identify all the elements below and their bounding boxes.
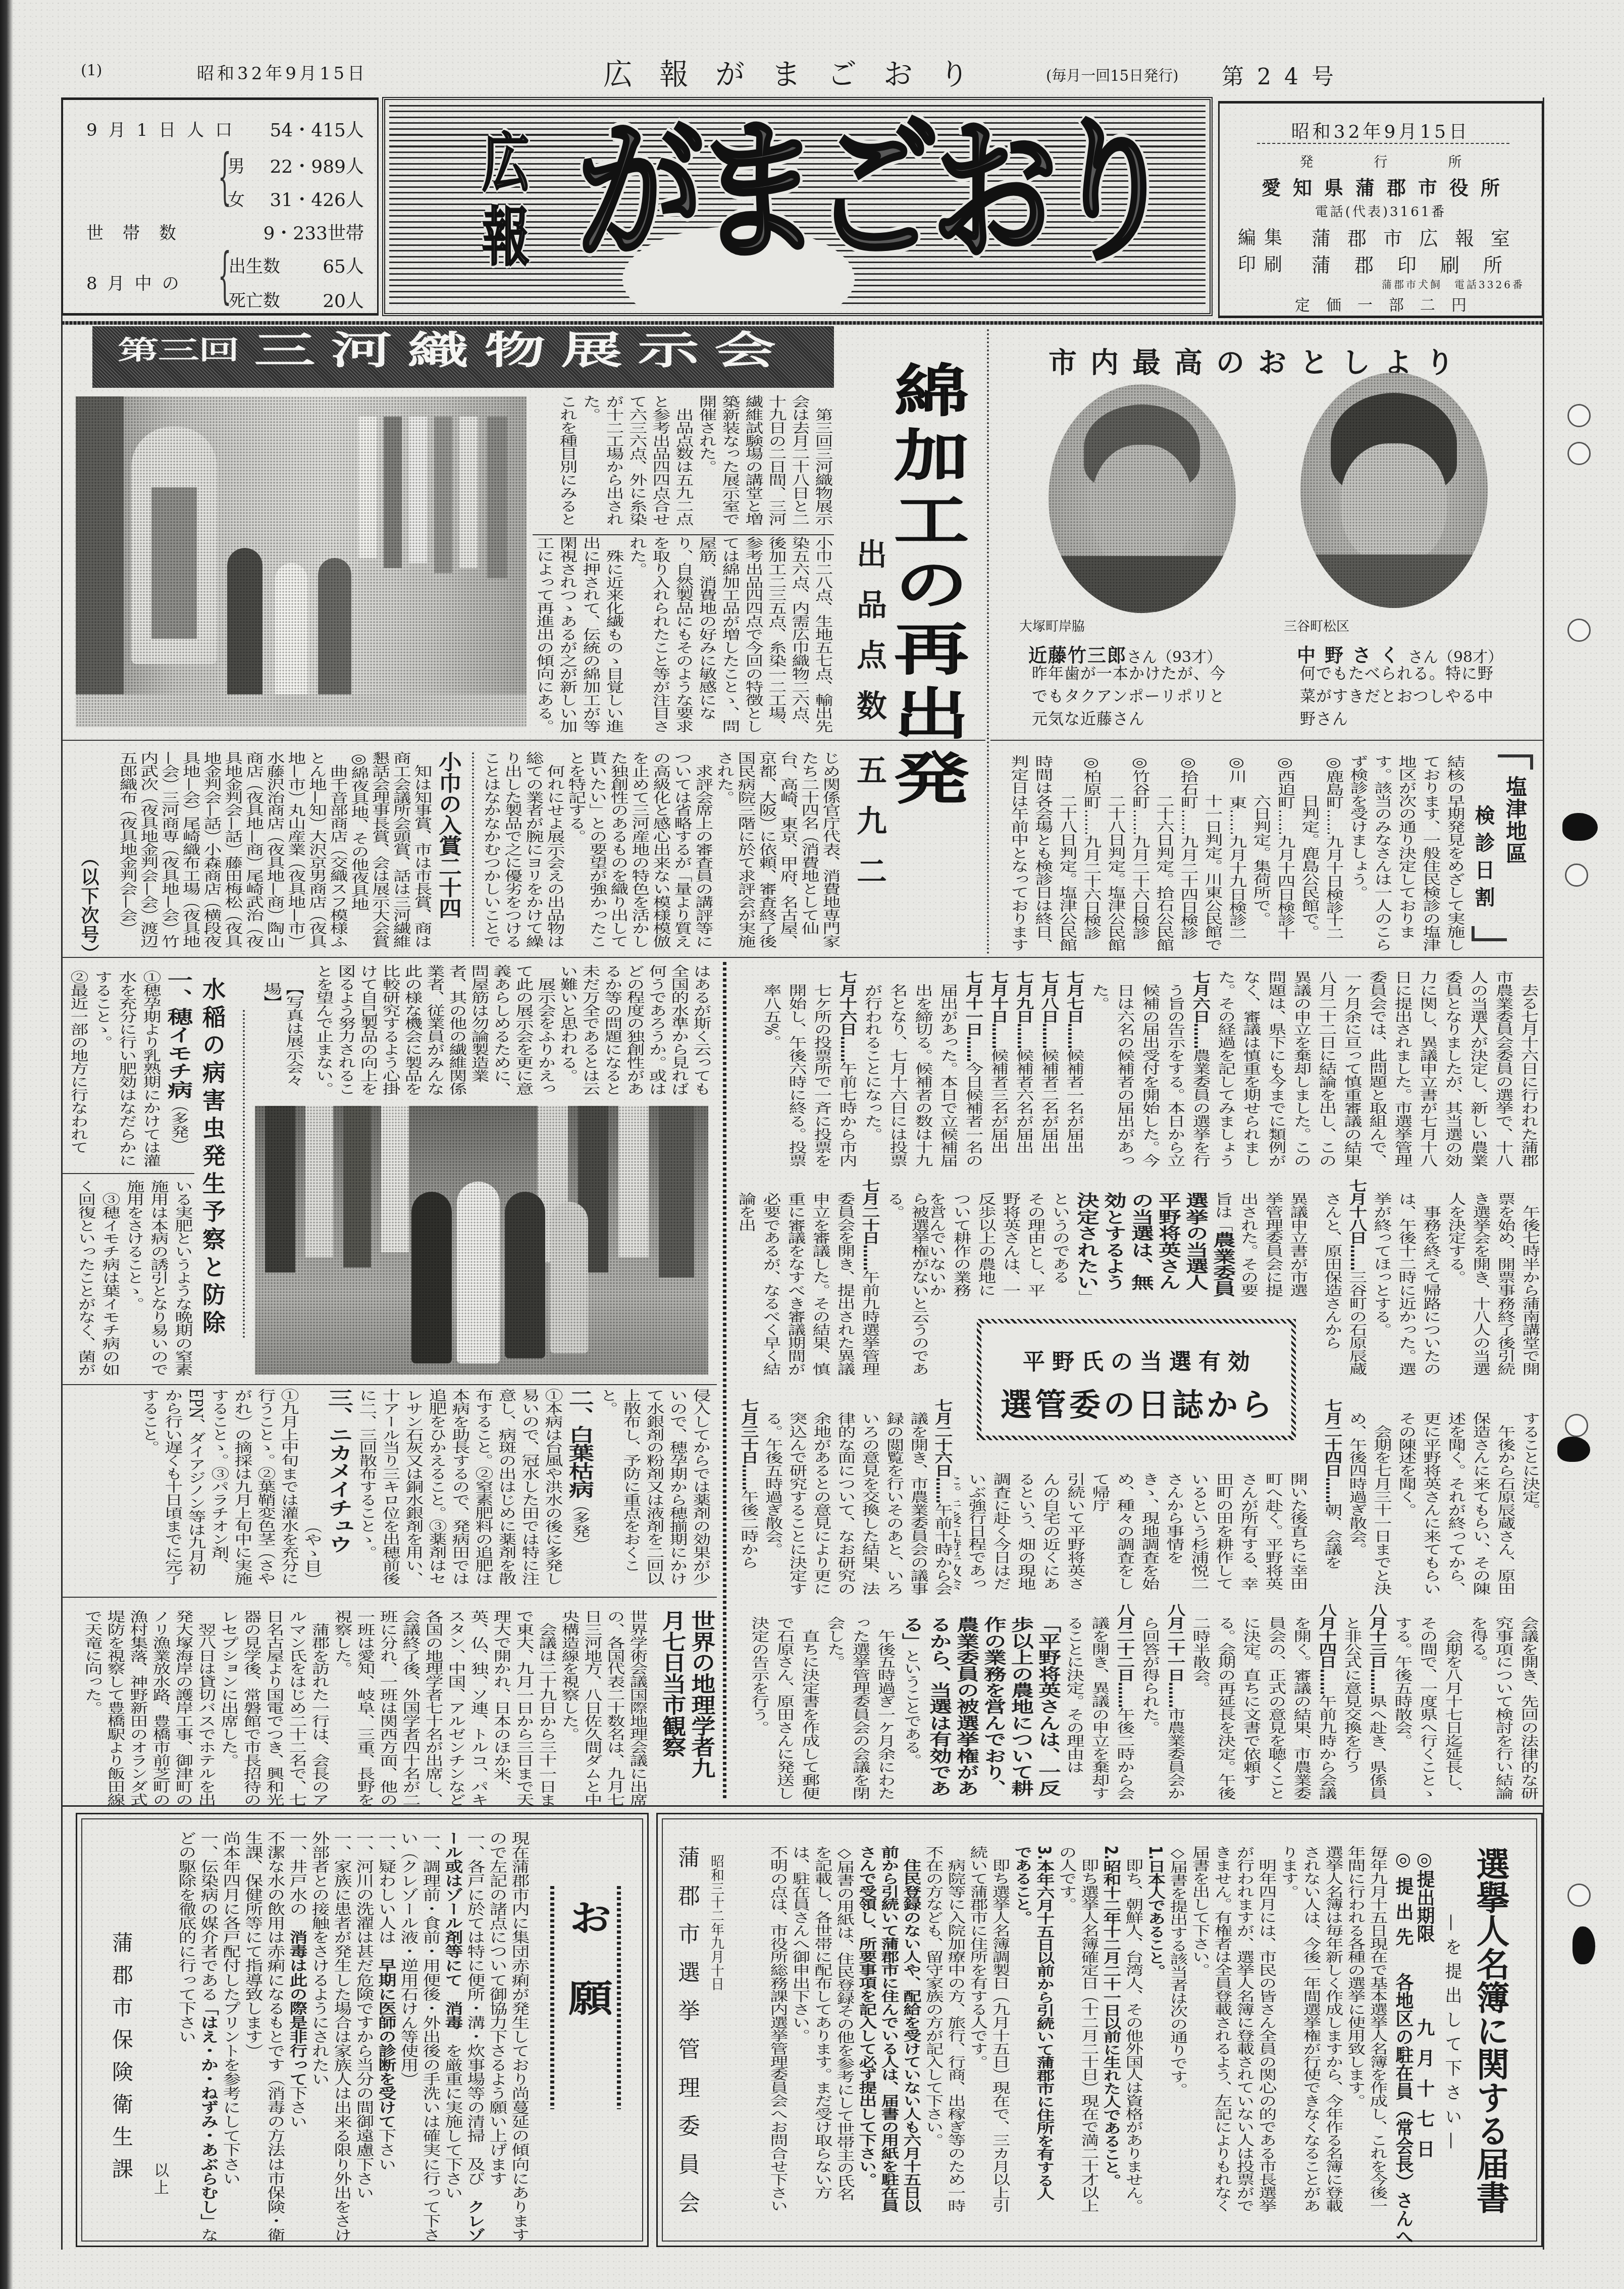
- text-flow: 一、穂イモチ病（多発） ①穂孕期より乳熟期にかけては灌水を充分に行い肥効はなだら…: [66, 971, 194, 1167]
- item-text: 一、各戸に於ては特に便所・溝・炊事場等の清掃 及び: [464, 1831, 485, 2200]
- diary-headline: 選管委の日誌から: [981, 1380, 1291, 1425]
- issuer-label: 発行所: [1220, 151, 1542, 171]
- text-flow: じめ関係官庁代表、消費地専門家たち二十四名（消費地として仙台、高崎、東京、甲府、…: [477, 751, 841, 948]
- period-label: 8月中の: [86, 270, 189, 294]
- printer-contact: 蒲郡市犬飼 電話3326番: [1382, 277, 1525, 291]
- entry-text: 午前十時から会議を開き、市農業委員会の議事録の閲覧を行いそのあと、いろいろの意見…: [762, 1412, 953, 1595]
- awards-headline-wrap: 小巾の入賞二十四点: [434, 751, 463, 946]
- article-paragraph: 出品点数は五九二点と参考出品四四点合せて六三六点、外に糸染が十二工場から出された…: [579, 395, 695, 527]
- registry-paragraph: 住民登録のない人や、配給を受けていない人も六月十五日以前から引続いて蒲郡市に住ん…: [855, 1846, 922, 2213]
- diary-entry: 七月二十日……午前九時選挙管理委員会を開き、提出された異議申立を審議した。その結…: [734, 1179, 882, 1376]
- deaths-value: 20人: [323, 287, 364, 313]
- text-flow: 結核の早期発見をめざして実施しております、一般住民検診の塩津地区が次の通り決定し…: [996, 755, 1466, 952]
- item-text: を厳重に実施して下さい: [442, 2029, 463, 2200]
- article-paragraph: 会議は二十九日から三十一日まで東大、九月一日から三日まで天理大で開かれ、日本のほ…: [331, 1610, 558, 1807]
- item-text: 下さい: [376, 2129, 396, 2171]
- column-separator: [472, 752, 474, 947]
- article-paragraph: ②最近一部の地方に行なわれて: [66, 971, 90, 1167]
- registry-paragraph: ◇届書を提出する該当者は次の通りです。: [1166, 1846, 1188, 2213]
- diary-paragraph: ら被選挙権がないと云うのである。: [882, 1179, 931, 1376]
- heading-text: 二、白葉枯病: [565, 1389, 595, 1499]
- diary-tier3-right: することに決定。 午後から石原辰蔵さん、原田保造さんに来てもらい、その陳述を聞く…: [1310, 1399, 1542, 1596]
- deadline-label: ◎提出期限: [1414, 1849, 1435, 1943]
- male-value: 22・989人: [270, 152, 364, 178]
- photo-caption-wrap: 【写真は展示会々場】: [260, 982, 304, 1088]
- item-text: 一、井戸水の: [287, 1831, 307, 1930]
- heading-note: （多発）: [569, 1499, 590, 1551]
- rice-article-tier3: 侵入してからでは薬剤の効果が少いので、穂孕期から穂揃期にかけて水銀剤の粉剤又は液…: [66, 1389, 712, 1586]
- portrait-face: [1341, 443, 1447, 565]
- households-value: 9・233世帯: [263, 219, 364, 245]
- rice-article-tier2: いる実肥というような晩期の窒素施用は本病の誘引となり易いので施用をさけることゝ。…: [66, 1180, 194, 1377]
- photo-hanging-fabric: [487, 417, 507, 578]
- article-paragraph: これを種目別にみると: [555, 395, 579, 527]
- diary-tier1: 去る七月十六日に行われた蒲郡市農業委員会委員の選挙で、十八人の当選人が決定し、新…: [733, 971, 1541, 1168]
- awards-headline: 小巾の入賞二十四点: [434, 751, 463, 927]
- female-label: 女: [228, 186, 245, 211]
- awards-category: ◎綿夜具地、その他夜具地: [348, 751, 369, 948]
- notice-item: 一、各戸に於ては特に便所・溝・炊事場等の清掃 及び クレゾール或はゾール剤等にて…: [441, 1831, 486, 2243]
- article-paragraph: じめ関係官庁代表、消費地専門家たち二十四名（消費地として仙台、高崎、東京、甲府、…: [713, 751, 841, 948]
- diary-headline-box: 平野氏の当選有効 選管委の日誌から: [977, 1319, 1296, 1440]
- article-paragraph: 殊に近来化繊ものゝ目覚しい進出に押されて、伝統の綿加工が等閑視されつゝあるが之が…: [533, 536, 625, 733]
- item-emphasis: 消毒は此の際是非行って: [287, 1930, 307, 2087]
- publisher-box: 昭和32年9月15日 発行所 愛知県蒲郡市役所 電話(代表)3161番 編集 蒲…: [1218, 101, 1544, 318]
- photo-floor: [76, 694, 527, 727]
- photo-visitor: [227, 548, 263, 699]
- editor-name: 蒲郡市広報室: [1312, 223, 1527, 250]
- entry-date: 七月六日……: [1190, 971, 1211, 1049]
- diary-entry: 七月十八日……三谷町の石原辰蔵さんと、原田保造さんから: [1320, 1179, 1369, 1376]
- headline-box-inner: 平野氏の当選有効 選管委の日誌から: [981, 1324, 1291, 1436]
- geographers-article: 世界学術会議国際地理会議に出席の、各国代表二十数名は、九月七日三河地方、八日佐久…: [63, 1610, 649, 1807]
- text-flow: 開いた後直ちに幸田町へ赴く。平野将英さんが所有する、幸田町の田を耕作しているとい…: [954, 1459, 1310, 1591]
- diary-paragraph: 異議申立書が市選挙管理委員会に提出された。その要旨は「農業委員選挙の当選人平野将…: [1047, 1179, 1310, 1298]
- diary-entry: 七月六日……農業委員の選挙を行う旨の告示をする。本日から立候補の届出受付を開始し…: [1086, 971, 1213, 1167]
- photo-hanging-fabric: [409, 417, 427, 563]
- diary-entry: 八月二十一日……市農業委員会から回答が得られた。: [1137, 1603, 1187, 1800]
- diary-tier4: 会議を開き、先回の法律的な研究事項について検討を行い結論を得る。 会期を八月十七…: [733, 1603, 1541, 1801]
- registry-paragraph: 明年四月には、市民の皆さん全員の関心の的である市長選挙が行われますが、選挙人名簿…: [1188, 1846, 1277, 2213]
- diary-tier3-short: 開いた後直ちに幸田町へ赴く。平野将英さんが所有する、幸田町の田を耕作しているとい…: [954, 1459, 1310, 1591]
- population-stats-box: 9月1日人口 54・415人 { 男 22・989人 女 31・426人 世帯数…: [62, 97, 379, 316]
- exhibition-article-conclusion: はあるが斯く云っても全国的水準から見れば何うであろうか。或はどの程度の独創性があ…: [305, 964, 712, 1096]
- portrait-hair: [1331, 393, 1457, 494]
- checkup-schedule-item: ◎竹谷町……九月二十六日検診二十八日判定。塩津公民館: [1103, 755, 1151, 952]
- item-text: 一、河川の洗濯は甚だ危険ですから当分の間御遠慮下さい: [353, 1831, 374, 2200]
- title-stripe: [617, 1886, 621, 2109]
- entry-date: 八月二十一日……: [1165, 1603, 1185, 1708]
- punch-hole-icon: [1565, 863, 1588, 887]
- bracket-open-icon: [1498, 754, 1533, 770]
- checkup-schedule-item: ◎西迫町……九月十四日検診十六日判定。集荷所で。: [1248, 755, 1297, 952]
- diary-paragraph: 午後七時半から蒲南講堂で開票を始め、開票事務終了後引続き選挙会を開き、十八人の当…: [1443, 1179, 1542, 1376]
- checkup-area-title: 塩津地區: [1500, 776, 1530, 864]
- punch-hole-icon: [1567, 442, 1591, 465]
- photo-visitor: [550, 1202, 588, 1353]
- diary-paragraph: 午後から石原辰蔵さん、原田保造さんに来てもらい、その陳述を聞く。それが終ってから…: [1394, 1399, 1517, 1596]
- elder-address: 三谷町松区: [1284, 616, 1349, 635]
- notice-signature: 蒲郡市保険衛生課: [106, 1931, 136, 2190]
- section-rule: [990, 740, 1543, 741]
- population-value: 54・415人: [270, 116, 364, 142]
- entry-date: 八月二十二日……: [1114, 1603, 1135, 1708]
- article-paragraph: 世界学術会議国際地理会議に出席の、各国代表二十数名は、九月七日三河地方、八日佐久…: [558, 1610, 649, 1807]
- checkup-title: 検診日割: [1469, 805, 1498, 914]
- photo-visitor: [457, 1182, 500, 1363]
- notice-intro: 現在蒲郡市内に集団赤痢が発生しており尚蔓延の傾向にありますので左記の諸点について…: [486, 1831, 530, 2243]
- text-flow: 七月二十六日……午前十時から会議を開き、市農業委員会の議事録の閲覧を行いそのあと…: [733, 1399, 954, 1596]
- masthead-gamagori: がまごおり: [577, 115, 1168, 269]
- deadline-line: ◎提出期限九月十七日: [1413, 1849, 1435, 2170]
- checkup-schedule-item: ◎鹿島町……九月十日検診十二日判定。鹿島公民館で。: [1297, 755, 1345, 952]
- elder-comment: 何でもたべられる。特に野菜がすきだとおつしやる中野さん: [1300, 663, 1502, 731]
- article-paragraph: 求評会席上の審査員の講評等については省略するが「量より質えの高級化と感心出来ない…: [565, 751, 713, 948]
- diary-entry: 八月十四日……午前九時から会議を開く。審議の結果、市農業委員会の、正式の意見を聴…: [1187, 1603, 1339, 1800]
- notice-item: 一、伝染病の媒介者である「はえ・か・ねずみ・あぶらむし」などの駆除を徹底的に行っ…: [175, 1831, 219, 2243]
- item-text: 一、疑わしい人は: [376, 1831, 396, 1959]
- item-text: 一、伝染病の媒介者である: [198, 1831, 219, 2001]
- notice-title: お願い: [559, 1899, 615, 2064]
- exhibition-article-continued: じめ関係官庁代表、消費地専門家たち二十四名（消費地として仙台、高崎、東京、甲府、…: [477, 751, 841, 949]
- elder-comment: 昨年歯が一本かけたが、今でもタクアンポーリポリと元気な近藤さん: [1032, 663, 1234, 731]
- banner-text: 第三回三河織物展示会: [118, 331, 791, 370]
- column-separator: [987, 329, 989, 954]
- entry-date: 七月二十六日……: [932, 1399, 953, 1503]
- entry-date: 七月九日……: [1013, 971, 1034, 1049]
- portrait-hair: [1084, 404, 1200, 490]
- editor-label: 編集: [1238, 224, 1290, 249]
- masthead-koho: 広報: [478, 129, 526, 278]
- submit-to-value: 各地区の駐在員（常会長）さんへ: [1393, 1953, 1413, 2246]
- emphasized-quote: 「平野将英さんは、一反歩以上の農地について耕作の業務を営んでおり、農業委員の被選…: [898, 1616, 1061, 1796]
- entry-text: 午前九時選挙管理委員会を開き、提出された異議申立を審議した。その結果、慎重に審議…: [736, 1192, 880, 1376]
- female-value: 31・426人: [270, 186, 364, 212]
- diary-tier2-left: ら被選挙権がないと云うのである。 七月二十日……午前九時選挙管理委員会を開き、提…: [733, 1179, 931, 1377]
- photo-hanging-fabric: [459, 417, 478, 568]
- geographers-headline: 世界の地理学者九 月七日当市観察: [657, 1610, 716, 1784]
- dysentery-notice-body: 現在蒲郡市内に集団赤痢が発生しており尚蔓延の傾向にありますので左記の諸点について…: [167, 1831, 530, 2243]
- text-flow: 会議を開き、先回の法律的な研究事項について検討を行い結論を得る。 会期を八月十七…: [733, 1603, 1541, 1800]
- exhibition-hall-photo: [76, 396, 527, 727]
- notice-item: 一、調理前・食前・用便後・外出後の手洗いは確実に行って下さい（クレゾール液・逆用…: [397, 1831, 441, 2243]
- exhibition-banner: 第三回三河織物展示会: [92, 326, 834, 388]
- registry-paragraph: 毎年九月十五日現在で基本選挙人名簿を作成し、これを今後一年間に行われる各種の選挙…: [1344, 1846, 1388, 2213]
- text-flow: 【写真は展示会々場】: [260, 982, 304, 1088]
- newspaper-title: 広報がまごおり: [603, 50, 996, 93]
- article-paragraph: 何れにせよ展示会えの出品物は総ての業者が腕にヨリをかけて繰り出した製品で之に優劣…: [480, 751, 565, 948]
- photo-hanging-fabric: [381, 1106, 409, 1252]
- text-flow: 侵入してからでは薬剤の効果が少いので、穂孕期から穂揃期にかけて水銀剤の粉剤又は液…: [66, 1389, 712, 1586]
- banner-prefix: 第三回: [118, 335, 239, 365]
- registry-notice-date: 昭和三十二年九月十日: [708, 1854, 724, 1991]
- publication-frequency: (毎月一回15日発行): [1046, 65, 1179, 85]
- portrait-nakano-photo: [1300, 373, 1488, 608]
- article-paragraph: 第三回三河織物展示会は去月二十八日と二十九日の二日間、三河繊維試験場の講堂と増築…: [695, 395, 834, 527]
- publisher-date: 昭和32年9月15日: [1220, 118, 1542, 143]
- rice-section-heading: 一、穂イモチ病（多発）: [163, 971, 194, 1167]
- diary-entry: 七月八日……候補者二名が届出: [1036, 971, 1061, 1167]
- exhibition-article-lower: 小巾二八点、生地五七点、輸出先染五六点、内需広巾織物二六点、後加工二三五点、糸染…: [533, 536, 834, 734]
- entry-date: 七月八日……: [1038, 971, 1059, 1049]
- bracket-close-icon: [1472, 926, 1507, 941]
- text-flow: はあるが斯く云っても全国的水準から見れば何うであろうか。或はどの程度の独創性があ…: [305, 964, 712, 1096]
- portrait-clothing: [1049, 556, 1236, 613]
- entry-text: 午後二時から: [738, 1490, 759, 1569]
- checkup-schedule-item: ◎拾石町……九月二十四日検診二十六日判定。拾石公民館: [1151, 755, 1200, 952]
- portrait-clothing: [1300, 554, 1488, 608]
- diary-paragraph: 会期を七月三十一日までと決め、午後四時過ぎ散会。: [1344, 1399, 1394, 1596]
- price: 定価一部二円: [1220, 292, 1542, 315]
- item-text: 尚本年四月に各戸配付したプリントを参考にして下さい: [220, 1831, 241, 2185]
- checkup-schedule-item: ◎川 東……九月十九日検診二十一日判定。川東公民館で: [1200, 755, 1248, 952]
- diary-paragraph: 開いた後直ちに幸田町へ赴く。平野将英さんが所有する、幸田町の田を耕作しているとい…: [1087, 1459, 1310, 1591]
- male-label: 男: [228, 152, 245, 177]
- awards-winners: 曲千音部商店（交織スフ模様ふとん地—知）大沢京男商店（夜具地—市）丸山産業（夜具…: [116, 751, 348, 948]
- entry-date: 七月十六日……: [836, 971, 857, 1062]
- entry-text: ということである。: [901, 1649, 922, 1767]
- photo-caption: 【写真は展示会々場】: [260, 982, 304, 1088]
- entry-text: 朝、会議を: [1322, 1503, 1342, 1569]
- notice-item: 尚本年四月に各戸配付したプリントを参考にして下さい: [219, 1831, 241, 2243]
- entry-text: 候補者一名が届出: [1064, 1049, 1084, 1154]
- exhibition-visitors-photo: [255, 1106, 708, 1375]
- diary-paragraph: 会期を八月十七日迄延長し、その間で、一度県へ行くことゝする。午後五時散会。: [1389, 1603, 1465, 1800]
- diary-paragraph: 事務を終えて帰路についたのは、午後十二時に近かった。選挙が終ってほっとする。: [1369, 1179, 1443, 1376]
- article-paragraph: 翌八日は貸切バスでホテルを出発大塚海岸の護岸工事、御津町のノリ漁業放水路、豊橋市…: [81, 1610, 217, 1807]
- article-divider: [533, 534, 834, 535]
- title-stripe: [550, 1886, 554, 2109]
- masthead-bottom-rule: [62, 321, 1543, 325]
- deadline-value: 九月十七日: [1414, 1943, 1435, 2170]
- notice-title-wrap: お願い: [559, 1899, 615, 2101]
- photo-hanging-fabric: [538, 1106, 568, 1262]
- item-emphasis: 早期に医師の診断を受けて: [376, 1959, 396, 2129]
- notice-item: 一、疑わしい人は 早期に医師の診断を受けて下さい: [375, 1831, 397, 2243]
- scan-edge-shadow: [0, 0, 13, 2289]
- article-paragraph: ①本病は台風や洪水の後に多発し易いので、冠水した田では特に注意し、病斑の出はじめ…: [355, 1389, 564, 1586]
- portrait-face: [1091, 445, 1192, 571]
- text-flow: 午後七時半から蒲南講堂で開票を始め、開票事務終了後引続き選挙会を開き、十八人の当…: [1310, 1179, 1542, 1376]
- column-separator: [243, 1010, 245, 1338]
- elder-address: 大塚町岸脇: [1019, 616, 1085, 635]
- registry-paragraph: 即ち選挙人名簿確定日（十二月二十日）現在で満二十才以上の人です。: [1055, 1846, 1099, 2213]
- text-flow: 現在蒲郡市内に集団赤痢が発生しており尚蔓延の傾向にありますので左記の諸点について…: [167, 1831, 530, 2243]
- entries-count-value: 五九二: [853, 754, 885, 906]
- entry-text: 午前九時から会議を開く。審議の結果、市農業委員会の、正式の意見を聴くことに決定。…: [1190, 1616, 1337, 1800]
- issue-number: 第24号: [1222, 59, 1347, 91]
- entries-count-label: 出品点数: [853, 538, 885, 740]
- headline-line: 世界の地理学者九: [687, 1610, 716, 1784]
- exhibition-headline: 綿加工の再出発: [874, 362, 977, 814]
- photo-hanging-fabric: [358, 417, 377, 558]
- diary-paragraph: 引続いて平野将英さんの自宅の近くにあるという、畑の現地調査に赴く今日はだいぶ強行…: [954, 1459, 1087, 1591]
- entry-date: 七月二十日……: [859, 1179, 880, 1270]
- page-right-border: [1543, 97, 1544, 2250]
- article-paragraph: 侵入してからでは薬剤の効果が少いので、穂孕期から穂揃期にかけて水銀剤の粉剤又は液…: [596, 1389, 712, 1586]
- section-rule: [62, 740, 985, 741]
- photo-hanging-fabric: [384, 417, 402, 568]
- diary-entry: 七月三十日……午後二時から: [736, 1399, 760, 1596]
- diary-paragraph: 会議を開き、先回の法律的な研究事項について検討を行い結論を得る。: [1465, 1603, 1541, 1800]
- punch-hole-icon: [1567, 404, 1591, 427]
- diary-entry: 七月十六日……午前七時から市内七ケ所の投票所で一斉に投票を開始し、午後六時に終る…: [758, 971, 859, 1167]
- entry-date: 七月三十日……: [738, 1399, 759, 1490]
- diary-entry: 七月十一日……今日候補者一名の届出があった。本日で立候補届出を締切る。候補者の数…: [859, 971, 985, 1167]
- registry-requirement: 1.日本人であること。: [1144, 1846, 1166, 2213]
- punch-hole-icon: [1567, 619, 1591, 642]
- submit-to-line: ◎提出先各地区の駐在員（常会長）さんへ: [1392, 1849, 1413, 2246]
- registry-notice-title: 選擧人名簿に関する届書: [1472, 1847, 1508, 2214]
- checkup-note: 時間は各会場とも検診日は終日、判定日は午前中となっております: [1006, 755, 1055, 952]
- diary-paragraph: その理由とし、平野将英さんは、一反歩以上の農地について耕作の業務を営んでいないか: [931, 1179, 1047, 1298]
- item-text: 一、家族に患者が発生した場合は家族人は出来る限り外出をさけ外部者との接触をさける…: [309, 1831, 352, 2242]
- article-paragraph: 展示会をふりかえって此の展示会を更に意義あらしめるために、問屋筋は勿論製造業者、…: [312, 964, 556, 1096]
- photo-visitor: [275, 563, 307, 699]
- births-value: 65人: [323, 252, 364, 278]
- punch-hole-icon: [1565, 1414, 1588, 1437]
- rice-section-heading: 二、白葉枯病（多発）: [564, 1389, 596, 1586]
- page-number: (1): [81, 62, 102, 79]
- diary-entry: 八月十三日……県へ赴き、県係員と非公式に意見交換を行う: [1339, 1603, 1389, 1800]
- section-rule: [62, 1805, 1543, 1807]
- ink-blot: [1573, 1926, 1595, 1964]
- diary-tier3-left: 七月二十六日……午前十時から会議を開き、市農業委員会の議事録の閲覧を行いそのあと…: [733, 1399, 954, 1596]
- entry-date: 八月十三日……: [1367, 1603, 1387, 1695]
- diary-entry: 七月七日……候補者一名が届出: [1061, 971, 1086, 1167]
- entry-date: 八月十四日……: [1316, 1603, 1337, 1695]
- photo-hanging-fabric: [305, 1106, 333, 1257]
- rice-article-tier1: 一、穂イモチ病（多発） ①穂孕期より乳熟期にかけては灌水を充分に行い肥効はなだら…: [66, 971, 194, 1168]
- section-rule: [62, 957, 1543, 958]
- births-label: 出生数: [229, 252, 280, 277]
- photo-visitor: [411, 1192, 452, 1363]
- punch-hole-icon: [1567, 1884, 1591, 1907]
- item-text: 一、調理前・食前・用便後・外出後の手洗いは確実に行って下さい（クレゾール液・逆用…: [398, 1831, 441, 2242]
- emphasized-quote: 農業委員選挙の当選人平野将英さんの当選は、無効とするよう決定されたい: [1073, 1192, 1236, 1297]
- diary-entry: 八月二十二日……午後二時から会議を開き、異議の申立を棄却することに決定。その理由…: [898, 1603, 1137, 1800]
- diary-tier2-right: 午後七時半から蒲南講堂で開票を始め、開票事務終了後引続き選挙会を開き、十八人の当…: [1310, 1179, 1542, 1377]
- notice-item: 一、家族に患者が発生した場合は家族人は出来る限り外出をさけ外部者との接触をさける…: [308, 1831, 352, 2243]
- photo-display: [131, 427, 217, 664]
- printer-label: 印刷: [1238, 250, 1290, 276]
- awards-legend: 知は知事賞、市は市長賞、商は商工会議所会頭賞、話は三河繊維懇話会理事長賞、会は展…: [369, 751, 432, 948]
- photo-drape: [76, 396, 124, 727]
- rice-pest-headline: 水稲の病害虫発生予察と防除: [199, 977, 226, 1338]
- item-text: 不潔な水の飲用は赤痢になるもとです（消毒の方法は市保険・衛生課、保健所等にて指導…: [242, 1831, 285, 2242]
- notice-item: 一、河川の洗濯は甚だ危険ですから当分の間御遠慮下さい: [352, 1831, 375, 2243]
- printer-name: 蒲郡印刷所: [1312, 249, 1526, 277]
- article-paragraph: いる実肥というような晩期の窒素施用は本病の誘引となり易いので施用をさけることゝ。: [122, 1180, 194, 1377]
- photo-hanging-fabric: [265, 1106, 295, 1273]
- text-flow: することに決定。 午後から石原辰蔵さん、原田保造さんに来てもらい、その陳述を聞く…: [1310, 1399, 1542, 1596]
- geographers-headline-wrap: 世界の地理学者九 月七日当市観察: [651, 1610, 716, 1784]
- households-label: 世帯数: [86, 219, 195, 244]
- entry-text: 候補者二名が届出: [1038, 1049, 1059, 1154]
- text-flow: 異議申立書が市選挙管理委員会に提出された。その要旨は「農業委員選挙の当選人平野将…: [931, 1179, 1310, 1298]
- diary-entry: 七月九日……候補者六名が届出: [1011, 971, 1036, 1167]
- registry-paragraph: 病院等に入院加療中の方、旅行、行商、出稼ぎ等のため一時不在の方なども、留守家族の…: [922, 1846, 966, 2213]
- registry-paragraph: ◇届書の用紙は、住民登録その他を参考にして世帯主の氏名を記載し、各世帯に配布して…: [789, 1846, 855, 2213]
- ink-blot: [1562, 813, 1598, 841]
- entry-text: 候補者三名が届出: [988, 1049, 1009, 1154]
- notice-closing: 以上: [148, 2162, 171, 2197]
- article-paragraph: 小巾二八点、生地五七点、輸出先染五六点、内需広巾織物二六点、後加工二三五点、糸染…: [625, 536, 834, 733]
- entry-date: 七月七日……: [1064, 971, 1084, 1049]
- registry-paragraph: 不明の点は、市役所総務課内選挙管理委員会へお問合せ下さい: [766, 1846, 789, 2213]
- article-paragraph: はあるが斯く云っても全国的水準から見れば何うであろうか。或はどの程度の独創性があ…: [556, 964, 712, 1096]
- masthead-logo: 広報 がまごおり: [382, 97, 1213, 316]
- entry-date: 七月二十四日……: [1322, 1399, 1342, 1503]
- tier-rule: [62, 1597, 717, 1598]
- to-be-continued-note: （以下次号）: [76, 848, 101, 963]
- diary-entry: 七月二十四日……朝、会議を: [1320, 1399, 1344, 1596]
- text-flow: いる実肥というような晩期の窒素施用は本病の誘引となり易いので施用をさけることゝ。…: [66, 1180, 194, 1377]
- text-flow: 第三回三河織物展示会は去月二十八日と二十九日の二日間、三河繊維試験場の講堂と増築…: [533, 395, 834, 527]
- rice-section-heading: 三、ニカメイチュウ: [323, 1389, 355, 1586]
- diary-paragraph: 直ちに決定書を作成して郵便で石原さん、原田さんに発送し決定の告示を行う。: [746, 1603, 822, 1800]
- text-flow: 小巾二八点、生地五七点、輸出先染五六点、内需広巾織物二六点、後加工二三五点、糸染…: [533, 536, 834, 733]
- heading-text: 一、穂イモチ病: [164, 971, 193, 1099]
- diary-border: [723, 962, 726, 1800]
- entry-date: 七月十一日……: [963, 971, 983, 1062]
- registry-paragraph: 即ち選挙人名簿調製日（九月十五日）現在で、三カ月以上引続いて蒲郡市に住所を有する…: [966, 1846, 1011, 2213]
- diary-paragraph: 午後五時過ぎ一ケ月余にわたった選挙管理委員会の会議を閉会した。: [822, 1603, 898, 1800]
- diary-intro: 去る七月十六日に行われた蒲郡市農業委員会委員の選挙で、十八人の当選人が決定し、新…: [1213, 971, 1541, 1167]
- photo-display: [151, 487, 197, 639]
- diary-entry: 七月二十六日……午前十時から会議を開き、市農業委員会の議事録の閲覧を行いそのあと…: [760, 1399, 954, 1596]
- registry-requirement: 3.本年六月十五日以前から引続いて蒲郡市に住所を有する人であること。: [1011, 1846, 1055, 2213]
- photo-hanging-fabric: [578, 1106, 608, 1273]
- submit-to-label: ◎提出先: [1393, 1849, 1413, 1953]
- ink-blot: [1557, 1437, 1590, 1462]
- text-flow: 去る七月十六日に行われた蒲郡市農業委員会委員の選挙で、十八人の当選人が決定し、新…: [733, 971, 1541, 1167]
- exhibition-article-upper: 第三回三河織物展示会は去月二十八日と二十九日の二日間、三河繊維試験場の講堂と増築…: [533, 395, 834, 527]
- item-emphasis: 「はえ・か・ねずみ・あぶらむし」: [198, 2001, 219, 2228]
- entry-date: 七月十日……: [988, 971, 1009, 1049]
- photo-hanging-fabric: [659, 1106, 694, 1278]
- photo-hanging-fabric: [343, 1106, 371, 1267]
- headline-line: 月七日当市観察: [657, 1610, 687, 1784]
- issuer-phone: 電話(代表)3161番: [1220, 201, 1542, 220]
- deaths-label: 死亡数: [229, 287, 280, 312]
- diary-paragraph: することに決定。: [1517, 1399, 1542, 1596]
- dashed-divider: [1257, 143, 1509, 144]
- tier-rule: [62, 1173, 194, 1174]
- registry-notice-body: 毎年九月十五日現在で基本選挙人名簿を作成し、これを今後一年間に行われる各種の選挙…: [737, 1846, 1388, 2213]
- heading-note: （多発）: [168, 1099, 189, 1151]
- notice-item: 一、井戸水の 消毒は此の際是非行って下さい: [286, 1831, 308, 2243]
- population-label: 9月1日人口: [86, 116, 243, 141]
- checkup-intro: 結核の早期発見をめざして実施しております、一般住民検診の塩津地区が次の通り決定し…: [1345, 755, 1466, 952]
- registry-notice-signature: 蒲郡市選挙管理委員会: [674, 1846, 699, 2229]
- tier-rule: [62, 1384, 717, 1385]
- photo-visitor: [318, 558, 351, 704]
- photo-hanging-fabric: [618, 1106, 649, 1257]
- page-header: (1) 昭和32年9月15日 広報がまごおり (毎月一回15日発行) 第24号: [0, 0, 1624, 96]
- article-paragraph: ①穂孕期より乳熟期にかけては灌水を充分に行い肥効はなだらかにすることゝ。: [90, 971, 163, 1167]
- heading-text: 三、ニカメイチュウ: [324, 1389, 354, 1554]
- checkup-schedule-item: ◎柏原町……九月二十六日検診二十八日判定。塩津公民館: [1055, 755, 1103, 952]
- text-flow: ら被選挙権がないと云うのである。 七月二十日……午前九時選挙管理委員会を開き、提…: [733, 1179, 931, 1376]
- registry-notice-subtitle: —を提出して下さい—: [1442, 1914, 1461, 2156]
- text-flow: 知は知事賞、市は市長賞、商は商工会議所会頭賞、話は三河繊維懇話会理事長賞、会は展…: [93, 751, 432, 948]
- photo-visitor: [505, 1192, 545, 1358]
- registry-requirement: 2.昭和十二年十二月二十一日以前に生れた人であること。: [1099, 1846, 1122, 2213]
- heading-note: （やゝ目）: [300, 1389, 323, 1586]
- issuer-name: 愛知県蒲郡市役所: [1220, 172, 1542, 200]
- banner-title: 三河織物展示会: [254, 328, 791, 373]
